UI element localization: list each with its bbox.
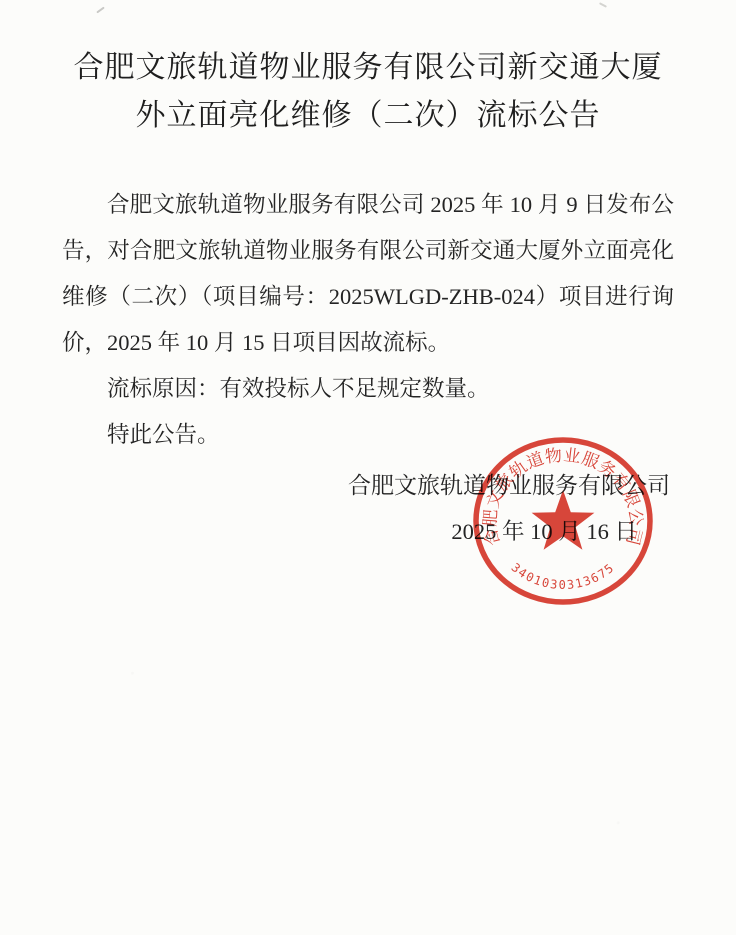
paragraph-failure-reason: 流标原因：有效投标人不足规定数量。 [62,366,674,412]
document-body: 合肥文旅轨道物业服务有限公司 2025 年 10 月 9 日发布公告，对合肥文旅… [62,182,674,458]
title-line-1: 合肥文旅轨道物业服务有限公司新交通大厦 [0,44,736,92]
official-seal: 合肥文旅轨道物业服务有限公司 3401030313675 [471,436,655,606]
seal-serial-number: 3401030313675 [509,560,618,592]
document-title: 合肥文旅轨道物业服务有限公司新交通大厦 外立面亮化维修（二次）流标公告 [0,44,736,140]
scan-artifact [96,7,105,14]
paragraph-announcement: 合肥文旅轨道物业服务有限公司 2025 年 10 月 9 日发布公告，对合肥文旅… [62,182,674,366]
scan-artifact [599,2,607,8]
title-line-2: 外立面亮化维修（二次）流标公告 [0,92,736,140]
announcement-document: 合肥文旅轨道物业服务有限公司新交通大厦 外立面亮化维修（二次）流标公告 合肥文旅… [0,0,736,935]
seal-star-icon [532,490,595,550]
svg-text:3401030313675: 3401030313675 [509,560,618,592]
